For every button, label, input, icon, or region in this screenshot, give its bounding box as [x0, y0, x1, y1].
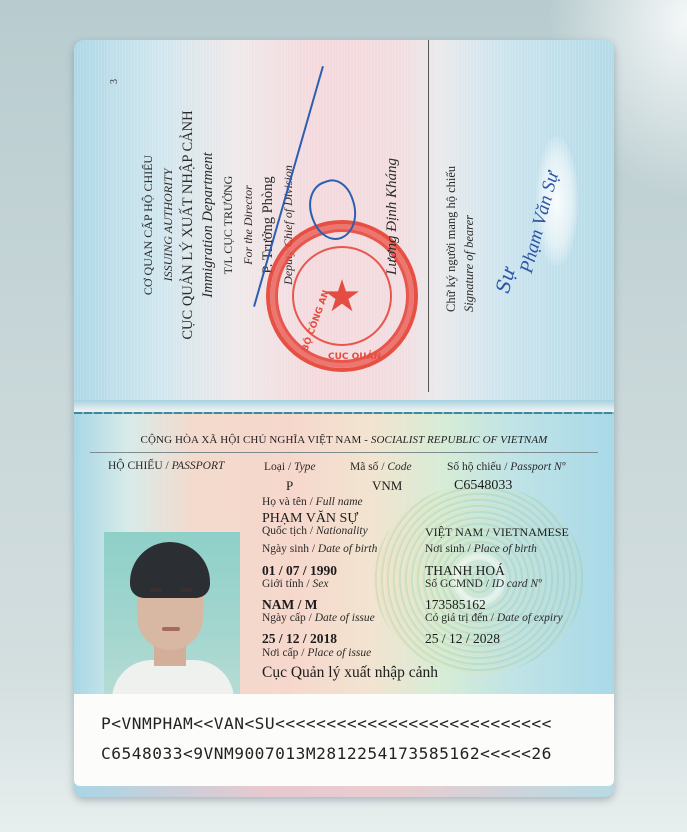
mrz-line-2: C6548033<9VNM9007013M2812254173585162<<<…: [101, 744, 552, 763]
bearer-signature-block: Chữ ký người mang hộ chiếu Signature of …: [442, 166, 478, 312]
sex-value: NAM / M: [262, 597, 317, 613]
nationality-value: VIỆT NAM / VIETNAMESE: [425, 525, 569, 540]
issuing-authority-label-en: ISSUING AUTHORITY: [158, 75, 178, 375]
date-of-issue-value: 25 / 12 / 2018: [262, 631, 337, 647]
issuing-authority-name-en: Immigration Department: [198, 75, 218, 375]
issuing-authority-name-vi: CỤC QUẢN LÝ XUẤT NHẬP CẢNH: [178, 75, 198, 375]
full-name-label: Họ và tên / Full name: [262, 496, 363, 508]
date-of-birth-label: Ngày sinh / Date of birth: [262, 543, 377, 555]
country-header: CỘNG HÒA XÃ HỘI CHỦ NGHĨA VIỆT NAM - SOC…: [74, 434, 614, 446]
place-of-birth-label: Nơi sinh / Place of birth: [425, 543, 537, 555]
authority-page: 3 CƠ QUAN CẤP HỘ CHIẾU ISSUING AUTHORITY…: [74, 40, 614, 410]
passport-no-value: C6548033: [454, 478, 512, 494]
page-divider: [428, 40, 429, 392]
code-label: Mã số / Code: [350, 461, 412, 473]
for-director-en: For the Director: [238, 75, 258, 375]
type-label: Loại / Type: [264, 461, 316, 473]
mrz-line-1: P<VNMPHAM<<VAN<SU<<<<<<<<<<<<<<<<<<<<<<<…: [101, 714, 552, 733]
issuing-authority-label-vi: CƠ QUAN CẤP HỘ CHIẾU: [138, 75, 158, 375]
type-value: P: [286, 478, 293, 494]
machine-readable-zone: P<VNMPHAM<<VAN<SU<<<<<<<<<<<<<<<<<<<<<<<…: [74, 694, 614, 786]
sex-label: Giới tính / Sex: [262, 578, 328, 590]
place-of-issue-value: Cục Quản lý xuất nhập cảnh: [262, 664, 438, 682]
page-number: 3: [109, 79, 120, 84]
stamp-bottom-text: CỤC QUẢN: [328, 352, 381, 362]
code-value: VNM: [372, 478, 402, 494]
holder-photo: [104, 532, 240, 698]
country-header-en: SOCIALIST REPUBLIC OF VIETNAM: [371, 434, 548, 446]
document-title: HỘ CHIẾU / PASSPORT: [108, 460, 224, 472]
biodata-page: CỘNG HÒA XÃ HỘI CHỦ NGHĨA VIỆT NAM - SOC…: [74, 414, 614, 797]
bearer-signature-label-en: Signature of bearer: [460, 166, 478, 312]
country-header-vi: CỘNG HÒA XÃ HỘI CHỦ NGHĨA VIỆT NAM: [141, 434, 362, 446]
date-of-expiry-label: Có giá trị đến / Date of expiry: [425, 612, 563, 624]
passport-no-label: Số hộ chiếu / Passport Nº: [447, 461, 565, 473]
bearer-signature-label-vi: Chữ ký người mang hộ chiếu: [442, 166, 460, 312]
date-of-issue-label: Ngày cấp / Date of issue: [262, 612, 375, 624]
nationality-label: Quốc tịch / Nationality: [262, 525, 368, 537]
place-of-issue-label: Nơi cấp / Place of issue: [262, 647, 371, 659]
for-director-vi: T/L CỤC TRƯỞNG: [218, 75, 238, 375]
id-card-value: 173585162: [425, 597, 486, 613]
id-card-label: Số GCMND / ID card Nº: [425, 578, 542, 590]
passport-booklet: 3 CƠ QUAN CẤP HỘ CHIẾU ISSUING AUTHORITY…: [74, 40, 614, 797]
official-name: Lương Định Kháng: [384, 158, 401, 275]
page-bottom-edge: [74, 786, 614, 797]
date-of-expiry-value: 25 / 12 / 2028: [425, 631, 500, 647]
place-of-birth-value: THANH HOÁ: [425, 563, 505, 579]
header-rule: [90, 452, 598, 453]
date-of-birth-value: 01 / 07 / 1990: [262, 563, 337, 579]
